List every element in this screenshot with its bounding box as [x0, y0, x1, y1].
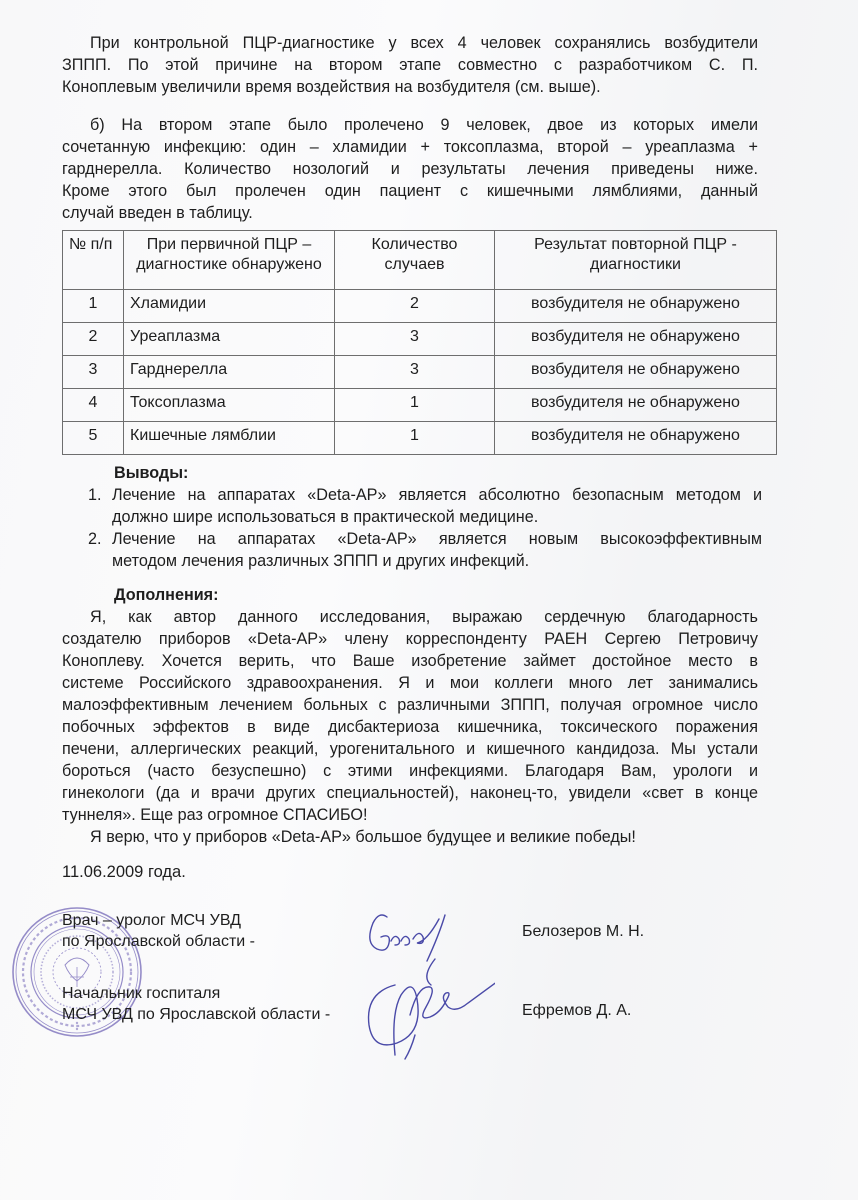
- cell-number: 5: [63, 422, 124, 455]
- cell-result: возбудителя не обнаружено: [495, 323, 777, 356]
- item-number: 1.: [88, 484, 102, 506]
- text-line: туннеля». Еще раз огромное СПАСИБО!: [62, 804, 758, 826]
- document-date: 11.06.2009 года.: [62, 862, 186, 883]
- cell-number: 2: [63, 323, 124, 356]
- text-line: гарднерелла. Количество нозологий и резу…: [62, 158, 758, 180]
- table-row: 1 Хламидии 2 возбудителя не обнаружено: [63, 290, 777, 323]
- text-line: Я, как автор данного исследования, выраж…: [62, 606, 758, 628]
- additions-heading: Дополнения:: [62, 584, 758, 606]
- results-table: № п/п При первичной ПЦР – диагностике об…: [62, 230, 777, 455]
- text-line: должно шире использоваться в практическо…: [112, 506, 762, 528]
- cell-number: 4: [63, 389, 124, 422]
- conclusion-item: 1. Лечение на аппаратах «Deta-AP» являет…: [62, 484, 762, 528]
- cell-result: возбудителя не обнаружено: [495, 422, 777, 455]
- title-line: по Ярославской области -: [62, 931, 255, 952]
- title-line: Начальник госпиталя: [62, 983, 330, 1004]
- conclusions-heading: Выводы:: [62, 462, 762, 484]
- table-row: 3 Гарднерелла 3 возбудителя не обнаружен…: [63, 356, 777, 389]
- text-line: сочетанную инфекцию: один – хламидии + т…: [62, 136, 758, 158]
- text-line: Кроме этого был пролечен один пациент с …: [62, 180, 758, 202]
- cell-count: 1: [335, 422, 495, 455]
- signature-2-icon: [355, 955, 495, 1070]
- text-line: методом лечения различных ЗППП и других …: [112, 550, 762, 572]
- intro-paragraph: При контрольной ПЦР-диагностике у всех 4…: [62, 32, 758, 98]
- cell-name: Гарднерелла: [124, 356, 335, 389]
- table-row: 4 Токсоплазма 1 возбудителя не обнаружен…: [63, 389, 777, 422]
- text-line: бороться (часто безуспешно) с этими инфе…: [62, 760, 758, 782]
- title-line: МСЧ УВД по Ярославской области -: [62, 1004, 330, 1025]
- table-row: 5 Кишечные лямблии 1 возбудителя не обна…: [63, 422, 777, 455]
- text-line: ЗППП. По этой причине на втором этапе со…: [62, 54, 758, 76]
- signatory-name-1: Белозеров М. Н.: [522, 921, 644, 942]
- item-number: 2.: [88, 528, 102, 550]
- text-line: б) На втором этапе было пролечено 9 чело…: [62, 114, 758, 136]
- text-line: Коноплеву. Хочется верить, что Ваше изоб…: [62, 650, 758, 672]
- text-line: печени, аллергических реакций, урогенита…: [62, 738, 758, 760]
- signatory-title-1: Врач – уролог МСЧ УВД по Ярославской обл…: [62, 910, 255, 952]
- cell-number: 1: [63, 290, 124, 323]
- cell-name: Хламидии: [124, 290, 335, 323]
- title-line: Врач – уролог МСЧ УВД: [62, 910, 255, 931]
- conclusions-section: Выводы: 1. Лечение на аппаратах «Deta-AP…: [62, 462, 762, 572]
- cell-name: Уреаплазма: [124, 323, 335, 356]
- text-line: гинекологи (да и врачи других специально…: [62, 782, 758, 804]
- text-line: малоэффективным лечением больных с разли…: [62, 694, 758, 716]
- table-row: 2 Уреаплазма 3 возбудителя не обнаружено: [63, 323, 777, 356]
- cell-name: Кишечные лямблии: [124, 422, 335, 455]
- text-line: побочных эффектов в виде дисбактериоза к…: [62, 716, 758, 738]
- cell-name: Токсоплазма: [124, 389, 335, 422]
- cell-count: 2: [335, 290, 495, 323]
- header-count: Количество случаев: [335, 231, 495, 290]
- cell-result: возбудителя не обнаружено: [495, 389, 777, 422]
- text-line: При контрольной ПЦР-диагностике у всех 4…: [62, 32, 758, 54]
- text-line: Лечение на аппаратах «Deta-AP» является …: [112, 528, 762, 550]
- header-result: Результат повторной ПЦР - диагностики: [495, 231, 777, 290]
- header-detected: При первичной ПЦР – диагностике обнаруже…: [124, 231, 335, 290]
- text-line: случай введен в таблицу.: [62, 202, 758, 224]
- table-header-row: № п/п При первичной ПЦР – диагностике об…: [63, 231, 777, 290]
- cell-count: 3: [335, 323, 495, 356]
- cell-result: возбудителя не обнаружено: [495, 356, 777, 389]
- signatory-name-2: Ефремов Д. А.: [522, 1000, 631, 1021]
- additions-section: Дополнения: Я, как автор данного исследо…: [62, 584, 758, 848]
- text-line: Лечение на аппаратах «Deta-AP» является …: [112, 484, 762, 506]
- conclusion-item: 2. Лечение на аппаратах «Deta-AP» являет…: [62, 528, 762, 572]
- cell-count: 1: [335, 389, 495, 422]
- closing-line: Я верю, что у приборов «Deta-AP» большое…: [62, 826, 758, 848]
- stage2-paragraph: б) На втором этапе было пролечено 9 чело…: [62, 114, 758, 224]
- cell-count: 3: [335, 356, 495, 389]
- signatory-title-2: Начальник госпиталя МСЧ УВД по Ярославск…: [62, 983, 330, 1025]
- text-line: Коноплевым увеличили время воздействия н…: [62, 76, 758, 98]
- cell-number: 3: [63, 356, 124, 389]
- text-line: системе Российского здравоохранения. Я и…: [62, 672, 758, 694]
- text-line: создателю приборов «Deta-AP» члену корре…: [62, 628, 758, 650]
- header-number: № п/п: [63, 231, 124, 290]
- cell-result: возбудителя не обнаружено: [495, 290, 777, 323]
